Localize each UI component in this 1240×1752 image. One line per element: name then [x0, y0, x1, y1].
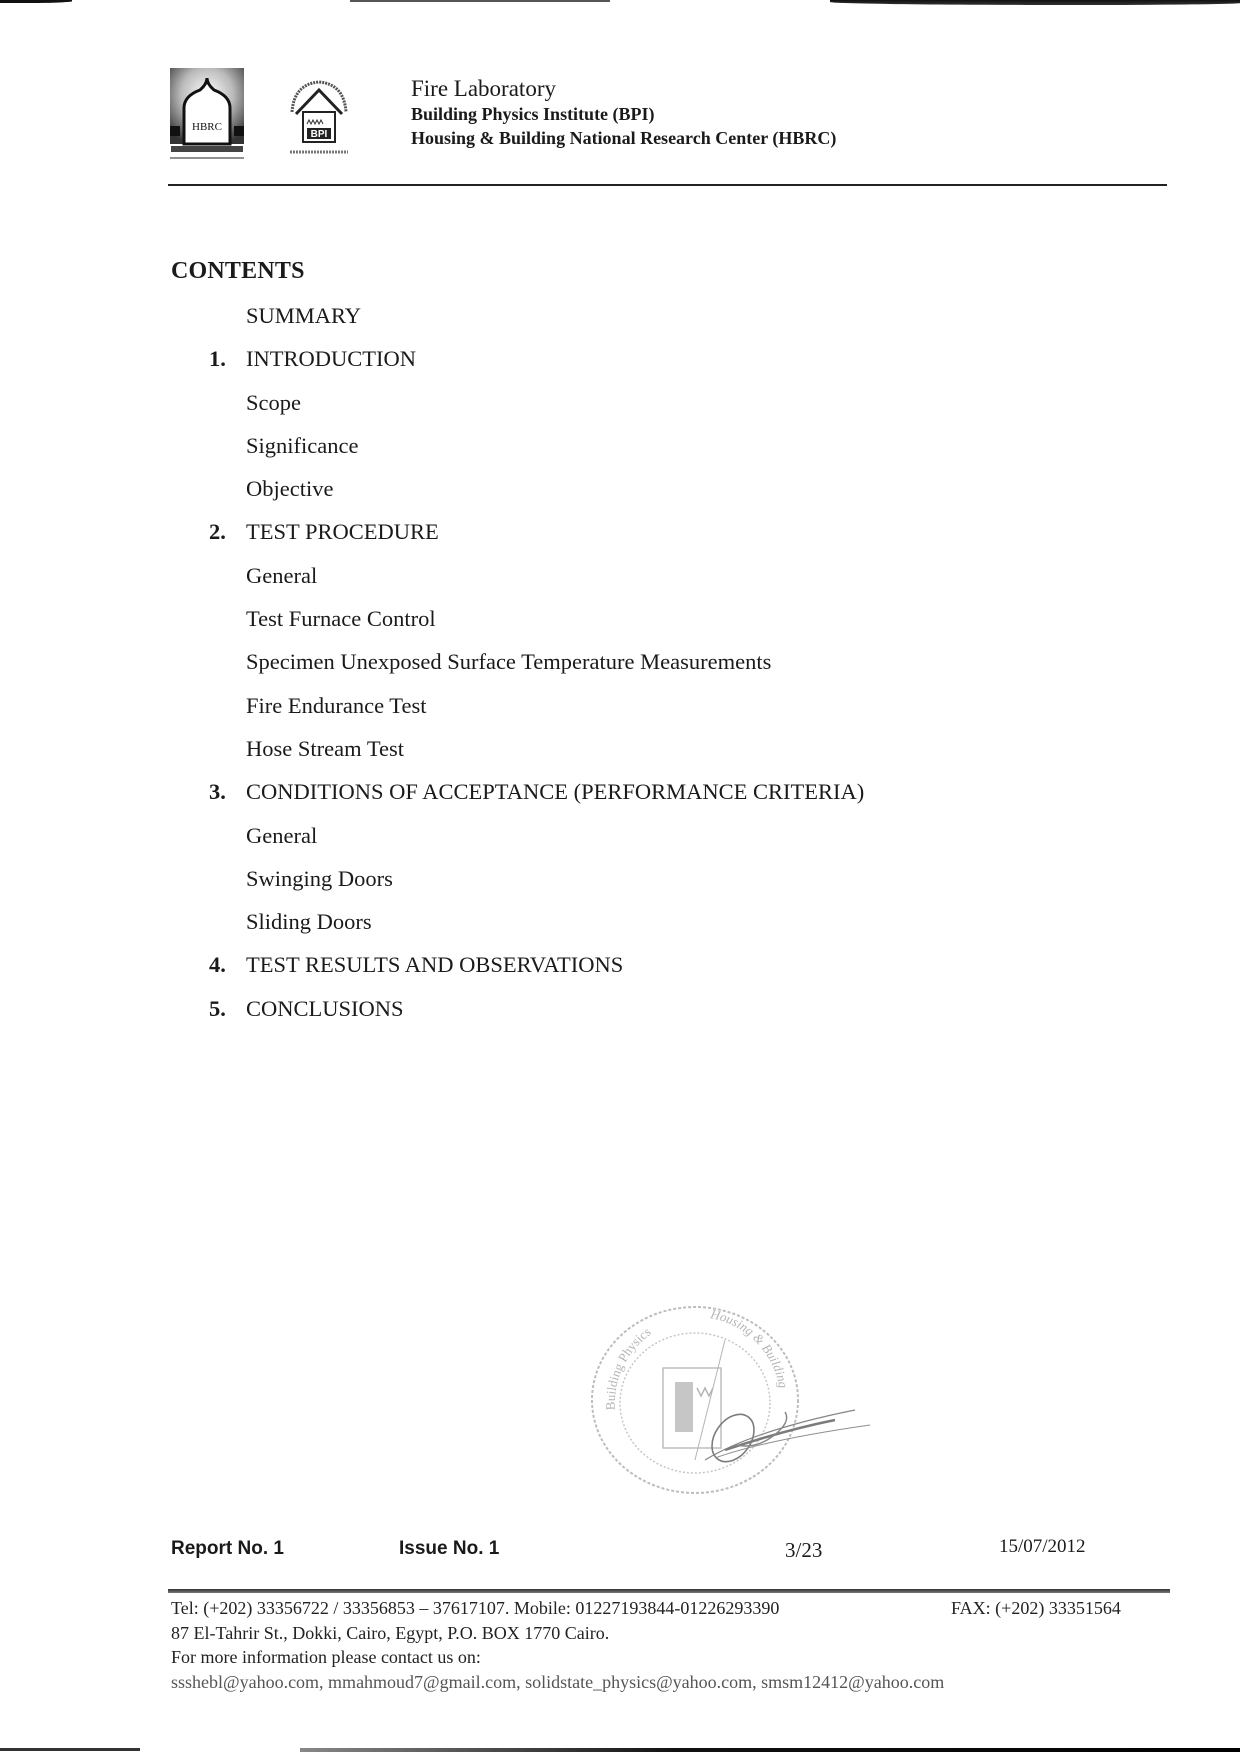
toc-label: Swinging Doors: [246, 863, 393, 895]
toc-number: 3.: [209, 776, 245, 808]
toc-subsection: Scope: [171, 387, 1071, 430]
toc-label: Specimen Unexposed Surface Temperature M…: [246, 646, 771, 678]
toc-label: TEST RESULTS AND OBSERVATIONS: [246, 949, 623, 981]
toc-number: 1.: [209, 343, 245, 375]
footer-divider: [168, 1589, 1170, 1593]
svg-text:Building Physics: Building Physics: [603, 1324, 654, 1411]
toc-label: Scope: [246, 387, 301, 419]
toc-subsection: Significance: [171, 430, 1071, 473]
toc-label: Sliding Doors: [246, 906, 372, 938]
toc-label: CONDITIONS OF ACCEPTANCE (PERFORMANCE CR…: [246, 776, 864, 808]
toc-label: General: [246, 560, 317, 592]
toc-label: Test Furnace Control: [246, 603, 436, 635]
toc-subsection: Fire Endurance Test: [171, 690, 1071, 733]
toc-section: 1.INTRODUCTION: [171, 343, 1071, 386]
toc-subsection: Hose Stream Test: [171, 733, 1071, 776]
lab-name: Fire Laboratory: [411, 76, 836, 102]
phone-line: Tel: (+202) 33356722 / 33356853 – 376171…: [171, 1596, 1171, 1621]
toc-number: 5.: [209, 993, 245, 1025]
page-number: 3/23: [785, 1538, 822, 1563]
toc-section: 5.CONCLUSIONS: [171, 993, 1071, 1036]
toc-section: 2.TEST PROCEDURE: [171, 516, 1071, 559]
toc-label: Fire Endurance Test: [246, 690, 426, 722]
toc-label: TEST PROCEDURE: [246, 516, 439, 548]
toc-section: 4.TEST RESULTS AND OBSERVATIONS: [171, 949, 1071, 992]
toc-number: 4.: [209, 949, 245, 981]
letterhead-text: Fire Laboratory Building Physics Institu…: [411, 76, 836, 150]
toc-label: SUMMARY: [246, 300, 361, 332]
institute-name: Building Physics Institute (BPI): [411, 102, 836, 126]
address: 87 El-Tahrir St., Dokki, Cairo, Egypt, P…: [171, 1621, 1171, 1646]
report-date: 15/07/2012: [999, 1536, 1086, 1558]
phone-numbers: Tel: (+202) 33356722 / 33356853 – 376171…: [171, 1598, 779, 1618]
toc-subsection: General: [171, 560, 1071, 603]
toc-label: Hose Stream Test: [246, 733, 404, 765]
toc-subsection: Objective: [171, 473, 1071, 516]
official-stamp-icon: Building Physics Housing & Building: [585, 1300, 885, 1500]
toc-label: Significance: [246, 430, 358, 462]
letterhead: HBRC BPI Fire Laboratory Building Physic…: [168, 66, 1168, 166]
svg-text:BPI: BPI: [311, 129, 328, 140]
toc-label: CONCLUSIONS: [246, 993, 404, 1025]
hbrc-logo-icon: HBRC: [170, 68, 244, 162]
scan-edge-artifact: [830, 0, 1240, 5]
scan-edge-artifact: [350, 0, 610, 2]
scan-edge-artifact: [300, 1748, 1240, 1752]
scan-edge-artifact: [0, 1748, 140, 1751]
toc-subsection: Sliding Doors: [171, 906, 1071, 949]
scan-edge-artifact: [0, 0, 72, 3]
toc-subsection: Swinging Doors: [171, 863, 1071, 906]
toc-subsection: General: [171, 820, 1071, 863]
fax-number: FAX: (+202) 33351564: [951, 1596, 1121, 1621]
contents-heading: CONTENTS: [171, 258, 305, 285]
toc-label: General: [246, 820, 317, 852]
email-list: ssshebl@yahoo.com, mmahmoud7@gmail.com, …: [171, 1670, 1171, 1695]
contact-block: Tel: (+202) 33356722 / 33356853 – 376171…: [171, 1596, 1171, 1694]
report-number: Report No. 1: [171, 1538, 284, 1560]
bpi-logo-icon: BPI: [286, 76, 352, 160]
toc-subsection: Specimen Unexposed Surface Temperature M…: [171, 646, 1071, 689]
header-divider: [168, 184, 1167, 186]
toc-label: Objective: [246, 473, 333, 505]
toc-label: INTRODUCTION: [246, 343, 416, 375]
svg-text:HBRC: HBRC: [192, 121, 222, 133]
contact-intro: For more information please contact us o…: [171, 1645, 1171, 1670]
issue-number: Issue No. 1: [399, 1538, 499, 1560]
table-of-contents: SUMMARY1.INTRODUCTIONScopeSignificanceOb…: [171, 300, 1071, 1036]
toc-subsection: Test Furnace Control: [171, 603, 1071, 646]
report-footer-meta: Report No. 1 Issue No. 1 3/23 15/07/2012: [171, 1536, 1171, 1566]
toc-number: 2.: [209, 516, 245, 548]
center-name: Housing & Building National Research Cen…: [411, 126, 836, 150]
toc-section: 3.CONDITIONS OF ACCEPTANCE (PERFORMANCE …: [171, 776, 1071, 819]
toc-subsection: SUMMARY: [171, 300, 1071, 343]
